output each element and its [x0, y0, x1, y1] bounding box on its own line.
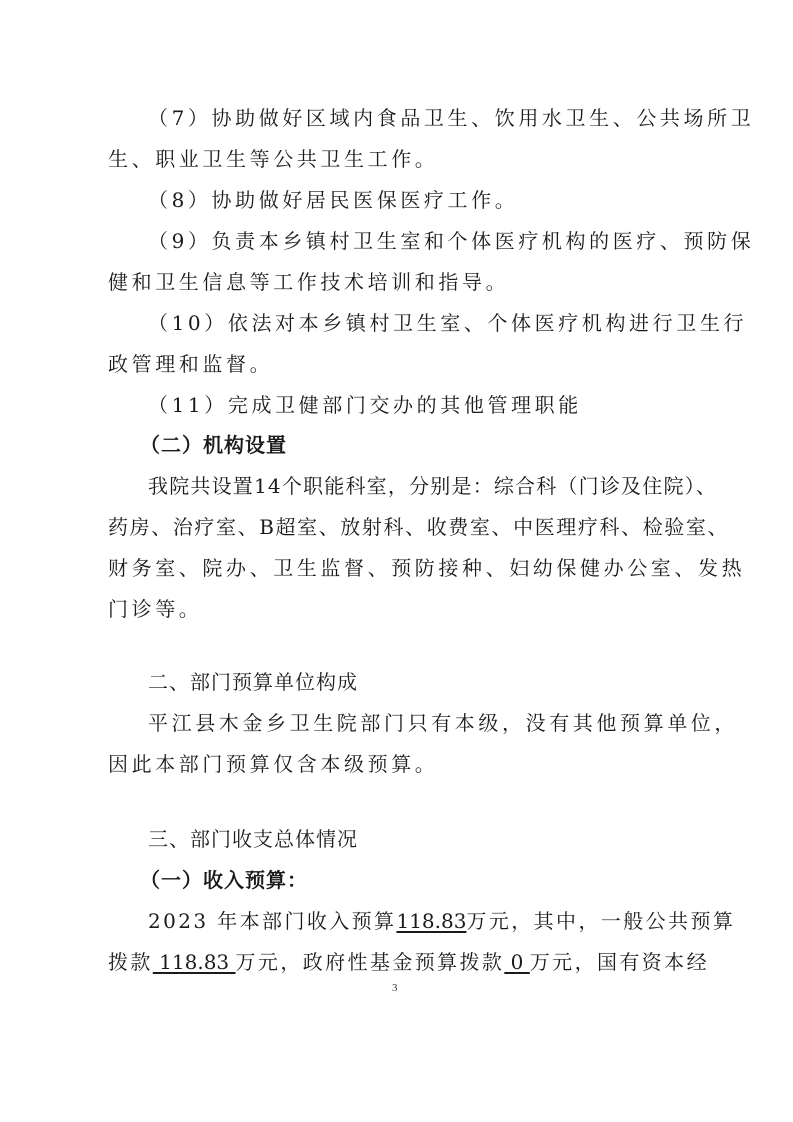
paragraph-income-line-2: 拨款 118.83 万元，政府性基金预算拨款 0 万元，国有资本经 — [108, 950, 708, 974]
paragraph-item-10: （10）依法对本乡镇村卫生室、个体医疗机构进行卫生行 — [148, 311, 748, 335]
paragraph-item-11: （11）完成卫健部门交办的其他管理职能 — [148, 393, 748, 417]
paragraph-item-7-cont: 生、职业卫生等公共卫生工作。 — [108, 147, 708, 171]
income-line2-suffix: 万元，国有资本经 — [530, 950, 709, 974]
income-line2-mid: 万元，政府性基金预算拨款 — [236, 950, 505, 974]
income-text-suffix: 万元，其中，一般公共预算 — [466, 909, 735, 933]
paragraph-income-line-1: 2023 年本部门收入预算118.83万元，其中，一般公共预算 — [148, 909, 748, 933]
document-page: （7）协助做好区域内食品卫生、饮用水卫生、公共场所卫 生、职业卫生等公共卫生工作… — [0, 0, 793, 1122]
paragraph-departments-cont-2: 财务室、院办、卫生监督、预防接种、妇幼保健办公室、发热 — [108, 556, 708, 580]
paragraph-departments-cont-3: 门诊等。 — [108, 597, 708, 621]
paragraph-item-9: （9）负责本乡镇村卫生室和个体医疗机构的医疗、预防保 — [148, 229, 748, 253]
subheading-institution-setup: （二）机构设置 — [140, 433, 740, 457]
gov-fund-value: 0 — [504, 950, 529, 974]
paragraph-departments: 我院共设置14个职能科室，分别是：综合科（门诊及住院）、 — [148, 474, 748, 498]
paragraph-item-7: （7）协助做好区域内食品卫生、饮用水卫生、公共场所卫 — [148, 106, 748, 130]
paragraph-item-8: （8）协助做好居民医保医疗工作。 — [148, 188, 748, 212]
paragraph-departments-cont-1: 药房、治疗室、B超室、放射科、收费室、中医理疗科、检验室、 — [108, 515, 708, 539]
section-heading-income-expenditure: 三、部门收支总体情况 — [148, 827, 748, 851]
paragraph-budget-units-cont: 因此本部门预算仅含本级预算。 — [108, 752, 708, 776]
general-budget-value: 118.83 — [153, 950, 236, 974]
paragraph-item-9-cont: 健和卫生信息等工作技术培训和指导。 — [108, 270, 708, 294]
paragraph-budget-units: 平江县木金乡卫生院部门只有本级，没有其他预算单位， — [148, 711, 748, 735]
page-number: 3 — [392, 982, 398, 994]
income-text-prefix: 2023 年本部门收入预算 — [148, 909, 396, 933]
income-total-value: 118.83 — [396, 909, 466, 933]
paragraph-item-10-cont: 政管理和监督。 — [108, 352, 708, 376]
income-line2-prefix: 拨款 — [108, 950, 153, 974]
section-heading-budget-units: 二、部门预算单位构成 — [148, 670, 748, 694]
subheading-income-budget: （一）收入预算： — [140, 868, 740, 892]
